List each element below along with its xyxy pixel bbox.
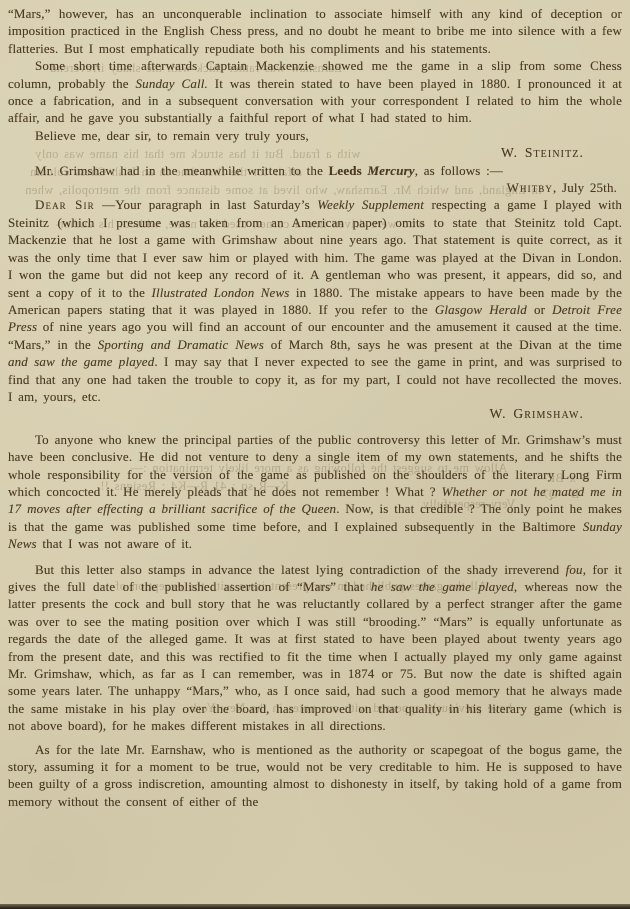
scan-edge-bottom — [0, 904, 630, 909]
commentary-paragraph-3: As for the late Mr. Earnshaw, who is men… — [8, 741, 622, 811]
dateline-whitby: Whitby, July 25th. — [8, 179, 622, 196]
text-segment: But this letter also stamps in advance t… — [35, 562, 566, 577]
text-segment: he saw the game played — [371, 579, 514, 594]
text-segment: , July 25th. — [553, 180, 617, 195]
small-caps-text: Dear Sir — [35, 197, 95, 212]
text-segment: Mercury — [367, 163, 414, 178]
text-segment: of March 8th, says he was present at the… — [264, 337, 622, 352]
commentary-paragraph-2: But this letter also stamps in advance t… — [8, 561, 622, 735]
text-segment: Sunday Call. — [136, 76, 208, 91]
valediction-steinitz: Believe me, dear sir, to remain very tru… — [8, 127, 622, 144]
text-segment: or — [527, 302, 552, 317]
text-segment: Leeds — [329, 163, 368, 178]
text-segment: Illustrated London News — [152, 285, 290, 300]
opening-paragraph: “Mars,” however, has an unconquerable in… — [8, 5, 622, 57]
book-page: Earnshaw was rather thick with the shady… — [0, 0, 630, 909]
letter-grimshaw: Dear Sir —Your paragraph in last Saturda… — [8, 196, 622, 405]
paragraph-grimshaw-intro: Mr. Grimshaw had in the meanwhile writte… — [8, 162, 622, 179]
small-caps-text: Whitby — [507, 180, 553, 195]
signature-steinitz: W. Steinitz. — [8, 144, 622, 161]
text-segment: Weekly Supplement — [317, 197, 424, 212]
scanned-book-page: { "page": { "background": "#d8cfb1", "te… — [0, 0, 630, 909]
text-segment: , as follows :— — [415, 163, 503, 178]
text-segment: “Mars,” however, has an unconquerable in… — [8, 6, 622, 56]
text-segment: Mr. Grimshaw had in the meanwhile writte… — [35, 163, 329, 178]
text-segment: , whereas now the latter presents the co… — [8, 579, 622, 733]
page-text: “Mars,” however, has an unconquerable in… — [8, 5, 622, 810]
text-segment: Sporting and Dramatic News — [98, 337, 264, 352]
text-segment: fou — [566, 562, 583, 577]
small-caps-text: W. Steinitz. — [501, 145, 584, 160]
text-segment: Believe me, dear sir, to remain very tru… — [35, 128, 309, 143]
text-segment: —Your paragraph in last Saturday’s — [95, 197, 318, 212]
text-segment: Glasgow Herald — [435, 302, 527, 317]
small-caps-text: W. Grimshaw. — [489, 406, 584, 421]
text-segment: As for the late Mr. Earnshaw, who is men… — [8, 742, 622, 809]
paragraph-mackenzie: Some short time afterwards Captain Macke… — [8, 57, 622, 127]
text-segment: and saw the game played — [8, 354, 154, 369]
signature-grimshaw: W. Grimshaw. — [8, 405, 622, 422]
text-segment: that I was not aware of it. — [37, 536, 192, 551]
commentary-paragraph-1: To anyone who knew the principal parties… — [8, 431, 622, 553]
